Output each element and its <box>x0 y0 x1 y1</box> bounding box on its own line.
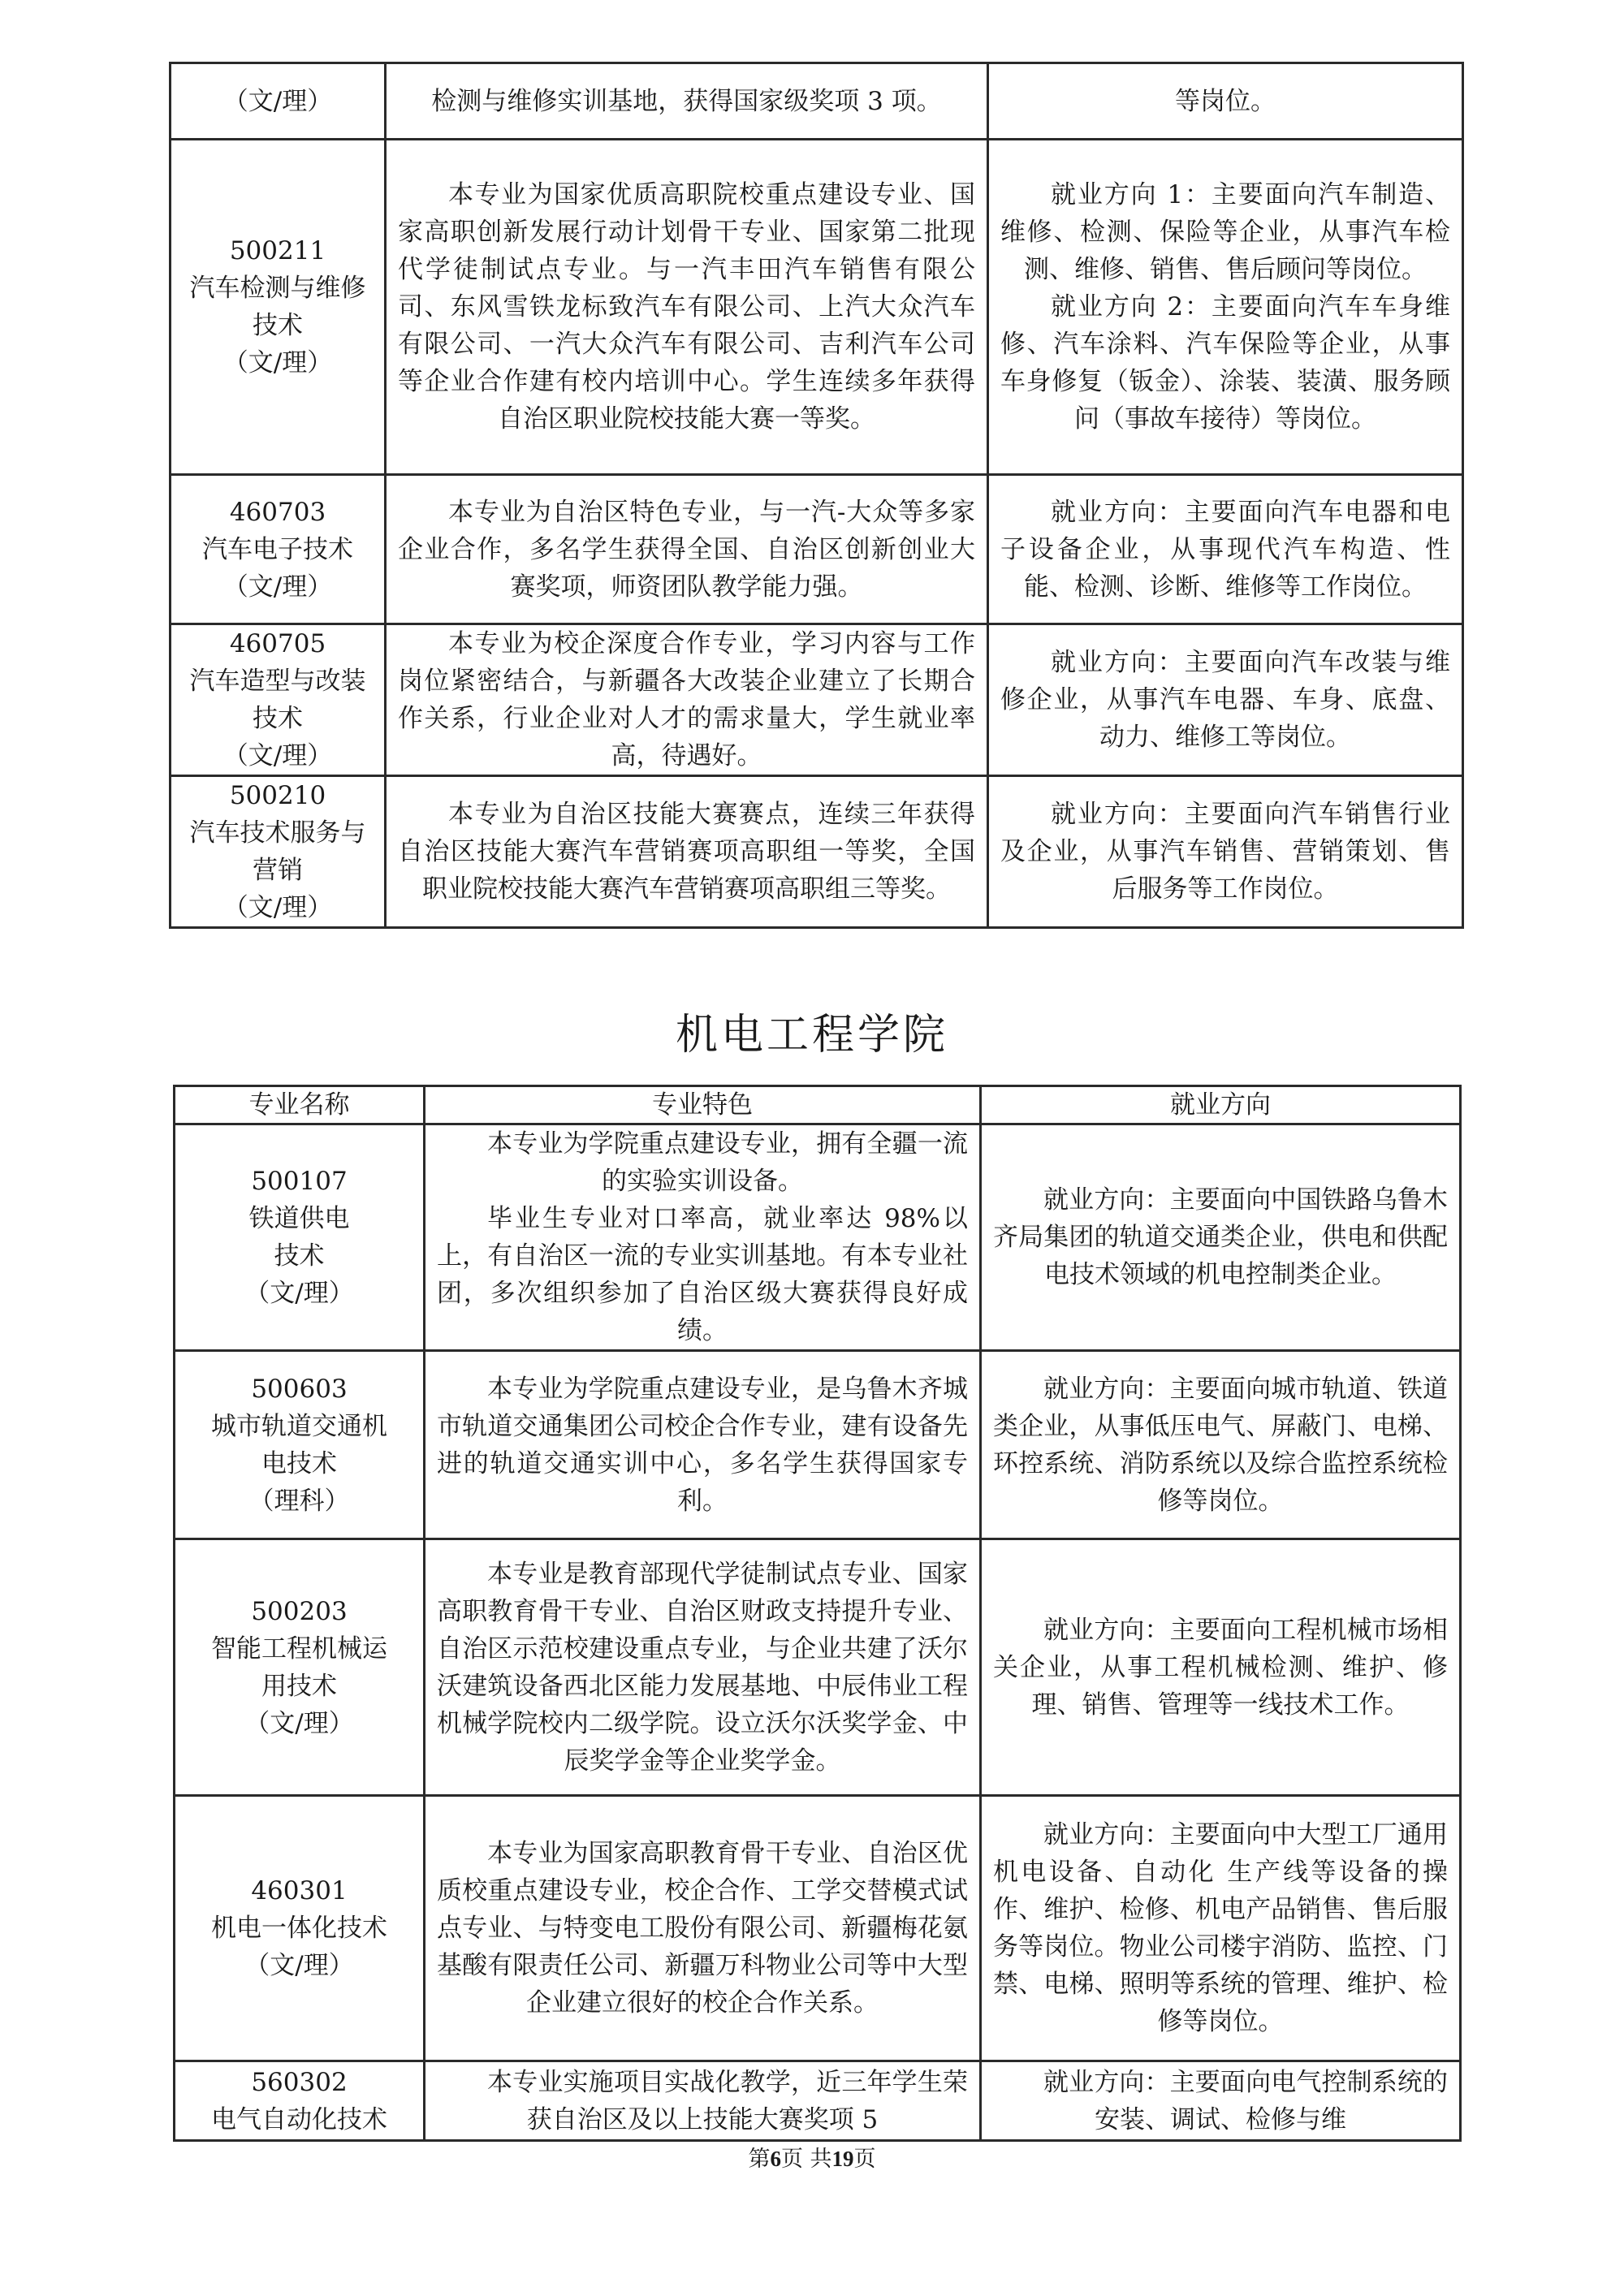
paragraph: 就业方向：主要面向中大型工厂通用机电设备、自动化 生产线等设备的操作、维护、检修… <box>993 1816 1448 2040</box>
major-code: 500203 <box>187 1593 412 1630</box>
table-body: （文/理）检测与维修实训基地，获得国家级奖项 3 项。等岗位。500211汽车检… <box>171 63 1463 928</box>
major-features-cell: 检测与维修实训基地，获得国家级奖项 3 项。 <box>386 63 988 140</box>
total-pages: 19 <box>832 2147 854 2171</box>
major-name-line: （文/理） <box>183 83 373 120</box>
major-code: 460705 <box>183 625 373 662</box>
major-features-cell: 本专业为自治区技能大赛赛点，连续三年获得自治区技能大赛汽车营销赛项高职组一等奖，… <box>386 776 988 928</box>
majors-table-electromechanical: 专业名称 专业特色 就业方向 500107铁道供电技术（文/理）本专业为学院重点… <box>173 1085 1462 2142</box>
major-name-cell: 500603城市轨道交通机电技术（理科） <box>175 1351 425 1539</box>
career-direction-cell: 就业方向：主要面向工程机械市场相关企业，从事工程机械检测、维护、修理、销售、管理… <box>981 1539 1461 1796</box>
paragraph: 检测与维修实训基地，获得国家级奖项 3 项。 <box>398 83 975 120</box>
major-name-cell: 460301机电一体化技术（文/理） <box>175 1796 425 2061</box>
paragraph: 本专业为学院重点建设专业，拥有全疆一流的实验实训设备。 <box>437 1125 968 1200</box>
header-major-features: 专业特色 <box>425 1086 981 1124</box>
career-direction-cell: 等岗位。 <box>988 63 1463 140</box>
major-name-line: 电气自动化技术 <box>187 2101 412 2138</box>
major-name-line: 机电一体化技术 <box>187 1910 412 1947</box>
table-row: 460703汽车电子技术（文/理）本专业为自治区特色专业，与一汽-大众等多家企业… <box>171 475 1463 624</box>
major-name-line: （文/理） <box>187 1705 412 1742</box>
table-row: 500107铁道供电技术（文/理）本专业为学院重点建设专业，拥有全疆一流的实验实… <box>175 1124 1461 1351</box>
major-name-cell: 500211汽车检测与维修技术（文/理） <box>171 140 386 475</box>
paragraph: 本专业为自治区特色专业，与一汽-大众等多家企业合作，多名学生获得全国、自治区创新… <box>398 494 975 606</box>
major-name-cell: 560302电气自动化技术 <box>175 2061 425 2141</box>
career-direction-cell: 就业方向：主要面向电气控制系统的安装、调试、检修与维 <box>981 2061 1461 2141</box>
paragraph: 本专业为校企深度合作专业，学习内容与工作岗位紧密结合，与新疆各大改装企业建立了长… <box>398 625 975 775</box>
major-features-cell: 本专业是教育部现代学徒制试点专业、国家高职教育骨干专业、自治区财政支持提升专业、… <box>425 1539 981 1796</box>
major-name-line: （文/理） <box>187 1275 412 1312</box>
majors-table-automotive-continued: （文/理）检测与维修实训基地，获得国家级奖项 3 项。等岗位。500211汽车检… <box>169 62 1464 929</box>
table-row: 460301机电一体化技术（文/理）本专业为国家高职教育骨干专业、自治区优质校重… <box>175 1796 1461 2061</box>
paragraph: 本专业实施项目实战化教学，近三年学生荣获自治区及以上技能大赛奖项 5 <box>437 2064 968 2138</box>
major-code: 500603 <box>187 1370 412 1408</box>
paragraph: 就业方向：主要面向工程机械市场相关企业，从事工程机械检测、维护、修理、销售、管理… <box>993 1612 1448 1724</box>
major-name-cell: 500203智能工程机械运用技术（文/理） <box>175 1539 425 1796</box>
major-name-line: 营销 <box>183 852 373 889</box>
major-name-cell: 500107铁道供电技术（文/理） <box>175 1124 425 1351</box>
paragraph: 就业方向 2：主要面向汽车车身维修、汽车涂料、汽车保险等企业，从事车身修复（钣金… <box>1000 288 1450 438</box>
major-code: 500107 <box>187 1163 412 1200</box>
major-name-line: 智能工程机械运 <box>187 1630 412 1668</box>
paragraph: 就业方向 1：主要面向汽车制造、维修、检测、保险等企业，从事汽车检测、维修、销售… <box>1000 176 1450 288</box>
paragraph: 就业方向：主要面向汽车销售行业及企业，从事汽车销售、营销策划、售后服务等工作岗位… <box>1000 796 1450 908</box>
major-name-line: 技术 <box>187 1237 412 1275</box>
table-body: 500107铁道供电技术（文/理）本专业为学院重点建设专业，拥有全疆一流的实验实… <box>175 1124 1461 2141</box>
major-features-cell: 本专业为校企深度合作专业，学习内容与工作岗位紧密结合，与新疆各大改装企业建立了长… <box>386 624 988 776</box>
major-name-line: （文/理） <box>183 737 373 775</box>
major-features-cell: 本专业为国家优质高职院校重点建设专业、国家高职创新发展行动计划骨干专业、国家第二… <box>386 140 988 475</box>
major-code: 460703 <box>183 494 373 531</box>
major-features-cell: 本专业为国家高职教育骨干专业、自治区优质校重点建设专业，校企合作、工学交替模式试… <box>425 1796 981 2061</box>
major-name-line: 汽车造型与改装 <box>183 662 373 700</box>
major-features-cell: 本专业为自治区特色专业，与一汽-大众等多家企业合作，多名学生获得全国、自治区创新… <box>386 475 988 624</box>
major-name-cell: 460705汽车造型与改装技术（文/理） <box>171 624 386 776</box>
major-name-line: （文/理） <box>187 1947 412 1984</box>
major-code: 500210 <box>183 777 373 814</box>
major-name-line: 技术 <box>183 307 373 344</box>
career-direction-cell: 就业方向：主要面向汽车电器和电子设备企业，从事现代汽车构造、性能、检测、诊断、维… <box>988 475 1463 624</box>
header-career-direction: 就业方向 <box>981 1086 1461 1124</box>
table-header-row: 专业名称 专业特色 就业方向 <box>175 1086 1461 1124</box>
paragraph: 毕业生专业对口率高，就业率达 98%以上，有自治区一流的专业实训基地。有本专业社… <box>437 1200 968 1349</box>
major-name-line: （文/理） <box>183 344 373 382</box>
career-direction-cell: 就业方向 1：主要面向汽车制造、维修、检测、保险等企业，从事汽车检测、维修、销售… <box>988 140 1463 475</box>
major-features-cell: 本专业为学院重点建设专业，拥有全疆一流的实验实训设备。毕业生专业对口率高，就业率… <box>425 1124 981 1351</box>
major-name-line: 铁道供电 <box>187 1200 412 1237</box>
paragraph: 本专业是教育部现代学徒制试点专业、国家高职教育骨干专业、自治区财政支持提升专业、… <box>437 1556 968 1780</box>
table-row: 500203智能工程机械运用技术（文/理）本专业是教育部现代学徒制试点专业、国家… <box>175 1539 1461 1796</box>
paragraph: 本专业为国家优质高职院校重点建设专业、国家高职创新发展行动计划骨干专业、国家第二… <box>398 176 975 438</box>
table-row: 500211汽车检测与维修技术（文/理）本专业为国家优质高职院校重点建设专业、国… <box>171 140 1463 475</box>
paragraph: 本专业为学院重点建设专业，是乌鲁木齐城市轨道交通集团公司校企合作专业，建有设备先… <box>437 1370 968 1520</box>
major-name-line: 城市轨道交通机 <box>187 1408 412 1445</box>
major-name-line: 用技术 <box>187 1668 412 1705</box>
major-name-cell: 500210汽车技术服务与营销（文/理） <box>171 776 386 928</box>
paragraph: 就业方向：主要面向电气控制系统的安装、调试、检修与维 <box>993 2064 1448 2138</box>
career-direction-cell: 就业方向：主要面向汽车销售行业及企业，从事汽车销售、营销策划、售后服务等工作岗位… <box>988 776 1463 928</box>
major-name-line: （文/理） <box>183 568 373 606</box>
major-name-line: （理科） <box>187 1482 412 1520</box>
career-direction-cell: 就业方向：主要面向汽车改装与维修企业，从事汽车电器、车身、底盘、动力、维修工等岗… <box>988 624 1463 776</box>
table-row: 500210汽车技术服务与营销（文/理）本专业为自治区技能大赛赛点，连续三年获得… <box>171 776 1463 928</box>
major-features-cell: 本专业为学院重点建设专业，是乌鲁木齐城市轨道交通集团公司校企合作专业，建有设备先… <box>425 1351 981 1539</box>
paragraph: 本专业为自治区技能大赛赛点，连续三年获得自治区技能大赛汽车营销赛项高职组一等奖，… <box>398 796 975 908</box>
major-name-line: 技术 <box>183 700 373 737</box>
footer-suffix: 页 <box>854 2147 876 2172</box>
section-title: 机电工程学院 <box>0 1009 1624 1061</box>
major-features-cell: 本专业实施项目实战化教学，近三年学生荣获自治区及以上技能大赛奖项 5 <box>425 2061 981 2141</box>
current-page-number: 6 <box>770 2147 781 2171</box>
paragraph: 就业方向：主要面向城市轨道、铁道类企业，从事低压电气、屏蔽门、电梯、环控系统、消… <box>993 1370 1448 1520</box>
paragraph: 就业方向：主要面向汽车改装与维修企业，从事汽车电器、车身、底盘、动力、维修工等岗… <box>1000 644 1450 756</box>
footer-middle: 页 共 <box>781 2147 832 2172</box>
major-code: 460301 <box>187 1872 412 1910</box>
header-major-name: 专业名称 <box>175 1086 425 1124</box>
major-code: 560302 <box>187 2064 412 2101</box>
major-name-cell: （文/理） <box>171 63 386 140</box>
paragraph: 等岗位。 <box>1000 83 1450 120</box>
major-name-cell: 460703汽车电子技术（文/理） <box>171 475 386 624</box>
major-name-line: 汽车技术服务与 <box>183 814 373 852</box>
paragraph: 本专业为国家高职教育骨干专业、自治区优质校重点建设专业，校企合作、工学交替模式试… <box>437 1835 968 2022</box>
table-row: （文/理）检测与维修实训基地，获得国家级奖项 3 项。等岗位。 <box>171 63 1463 140</box>
career-direction-cell: 就业方向：主要面向中大型工厂通用机电设备、自动化 生产线等设备的操作、维护、检修… <box>981 1796 1461 2061</box>
career-direction-cell: 就业方向：主要面向城市轨道、铁道类企业，从事低压电气、屏蔽门、电梯、环控系统、消… <box>981 1351 1461 1539</box>
career-direction-cell: 就业方向：主要面向中国铁路乌鲁木齐局集团的轨道交通类企业，供电和供配电技术领域的… <box>981 1124 1461 1351</box>
paragraph: 就业方向：主要面向中国铁路乌鲁木齐局集团的轨道交通类企业，供电和供配电技术领域的… <box>993 1181 1448 1293</box>
page-footer: 第6页 共19页 <box>0 2144 1624 2174</box>
major-name-line: 汽车电子技术 <box>183 531 373 568</box>
table-row: 460705汽车造型与改装技术（文/理）本专业为校企深度合作专业，学习内容与工作… <box>171 624 1463 776</box>
major-name-line: 汽车检测与维修 <box>183 270 373 307</box>
major-name-line: 电技术 <box>187 1445 412 1482</box>
major-name-line: （文/理） <box>183 889 373 926</box>
footer-prefix: 第 <box>748 2147 770 2172</box>
table-row: 560302电气自动化技术本专业实施项目实战化教学，近三年学生荣获自治区及以上技… <box>175 2061 1461 2141</box>
paragraph: 就业方向：主要面向汽车电器和电子设备企业，从事现代汽车构造、性能、检测、诊断、维… <box>1000 494 1450 606</box>
major-code: 500211 <box>183 232 373 270</box>
table-row: 500603城市轨道交通机电技术（理科）本专业为学院重点建设专业，是乌鲁木齐城市… <box>175 1351 1461 1539</box>
